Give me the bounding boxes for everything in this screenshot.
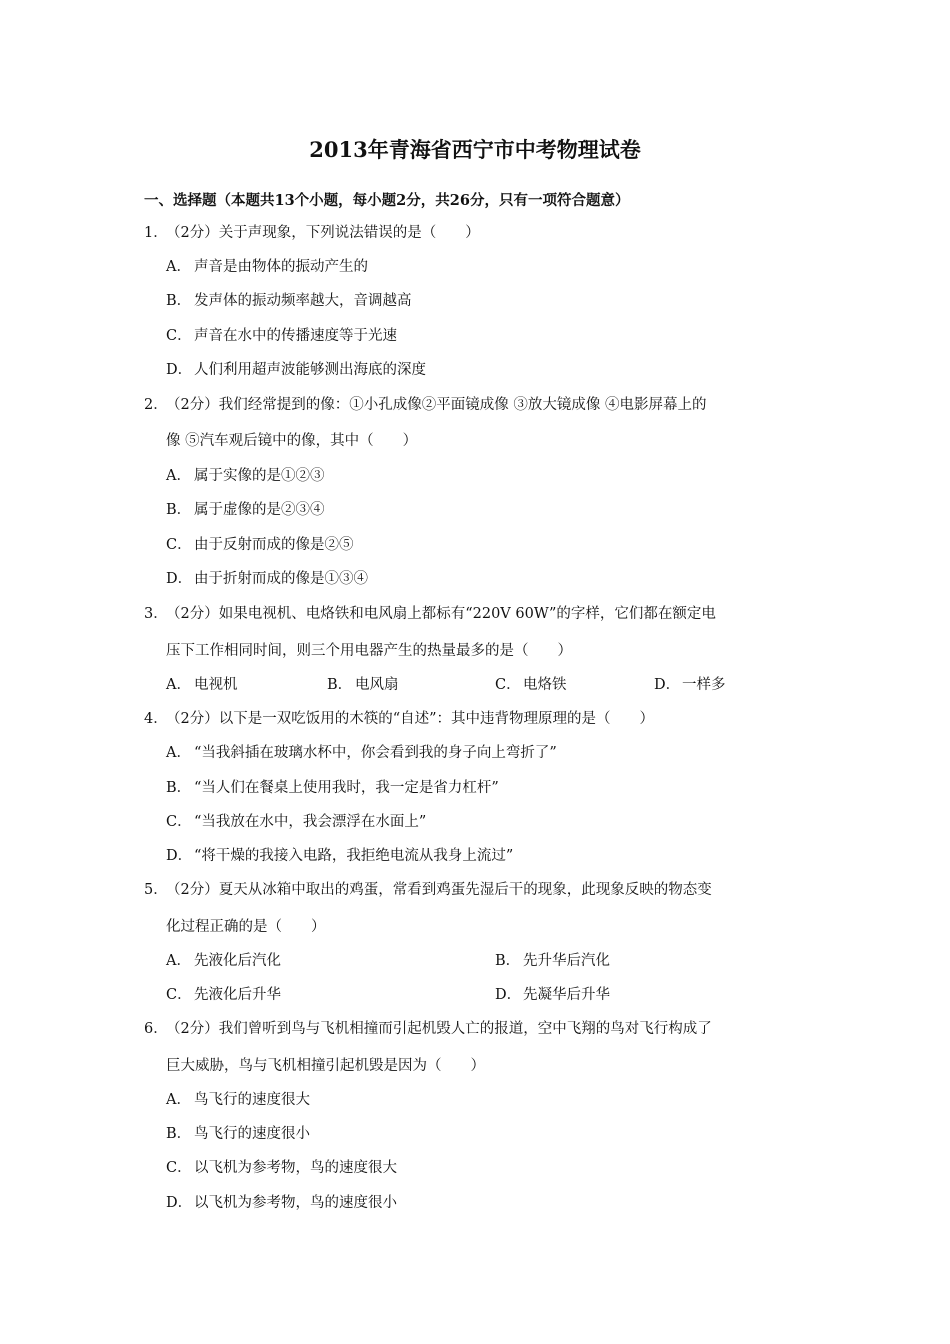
option-b: B．属于虚像的是②③④ <box>166 500 325 520</box>
question-number: 2． <box>144 395 166 415</box>
option-a: A．“当我斜插在玻璃水杯中，你会看到我的身子向上弯折了” <box>166 743 557 763</box>
question-number: 1． <box>144 223 166 243</box>
option-a: A．声音是由物体的振动产生的 <box>166 257 368 277</box>
option-c: C．电烙铁 <box>495 675 567 695</box>
exam-page: 2013年青海省西宁市中考物理试卷 一、选择题（本题共13个小题，每小题2分，共… <box>0 0 950 1344</box>
option-a: A．先液化后汽化 <box>166 951 281 971</box>
option-d: D．以飞机为参考物，鸟的速度很小 <box>166 1193 397 1213</box>
option-c: C．先液化后升华 <box>166 985 281 1005</box>
question-number: 4． <box>144 709 166 729</box>
question-number: 5． <box>144 880 166 900</box>
option-a: A．属于实像的是①②③ <box>166 466 325 486</box>
question-stem-continued: 压下工作相同时间，则三个用电器产生的热量最多的是（ ） <box>166 641 572 661</box>
option-a: A．电视机 <box>166 675 238 695</box>
question-stem: 5．（2分）夏天从冰箱中取出的鸡蛋，常看到鸡蛋先湿后干的现象，此现象反映的物态变 <box>144 880 712 900</box>
option-c: C．声音在水中的传播速度等于光速 <box>166 326 397 346</box>
question-stem: 2．（2分）我们经常提到的像：①小孔成像②平面镜成像 ③放大镜成像 ④电影屏幕上… <box>144 395 706 415</box>
option-b: B．先升华后汽化 <box>495 951 610 971</box>
question-stem-continued: 像 ⑤汽车观后镜中的像，其中（ ） <box>166 431 417 451</box>
option-b: B．电风扇 <box>327 675 399 695</box>
question-stem: 3．（2分）如果电视机、电烙铁和电风扇上都标有“220V 60W”的字样，它们都… <box>144 604 716 624</box>
option-b: B．“当人们在餐桌上使用我时，我一定是省力杠杆” <box>166 778 499 798</box>
option-b: B．鸟飞行的速度很小 <box>166 1124 310 1144</box>
question-stem-continued: 化过程正确的是（ ） <box>166 917 326 937</box>
option-d: D．一样多 <box>654 675 726 695</box>
question-stem-continued: 巨大威胁，鸟与飞机相撞引起机毁是因为（ ） <box>166 1056 485 1076</box>
question-number: 6． <box>144 1019 166 1039</box>
section-heading: 一、选择题（本题共13个小题，每小题2分，共26分，只有一项符合题意） <box>144 189 629 210</box>
question-stem: 4．（2分）以下是一双吃饭用的木筷的“自述”：其中违背物理原理的是（ ） <box>144 709 654 729</box>
option-d: D．“将干燥的我接入电路，我拒绝电流从我身上流过” <box>166 846 513 866</box>
option-c: C．由于反射而成的像是②⑤ <box>166 535 354 555</box>
question-number: 3． <box>144 604 166 624</box>
option-b: B．发声体的振动频率越大，音调越高 <box>166 291 412 311</box>
option-d: D．人们利用超声波能够测出海底的深度 <box>166 360 426 380</box>
question-stem: 1．（2分）关于声现象，下列说法错误的是（ ） <box>144 223 480 243</box>
option-d: D．先凝华后升华 <box>495 985 610 1005</box>
option-d: D．由于折射而成的像是①③④ <box>166 569 368 589</box>
option-c: C．“当我放在水中，我会漂浮在水面上” <box>166 812 426 832</box>
question-stem: 6．（2分）我们曾听到鸟与飞机相撞而引起机毁人亡的报道，空中飞翔的鸟对飞行构成了 <box>144 1019 712 1039</box>
option-c: C．以飞机为参考物，鸟的速度很大 <box>166 1158 397 1178</box>
page-title: 2013年青海省西宁市中考物理试卷 <box>0 134 950 164</box>
option-a: A．鸟飞行的速度很大 <box>166 1090 310 1110</box>
